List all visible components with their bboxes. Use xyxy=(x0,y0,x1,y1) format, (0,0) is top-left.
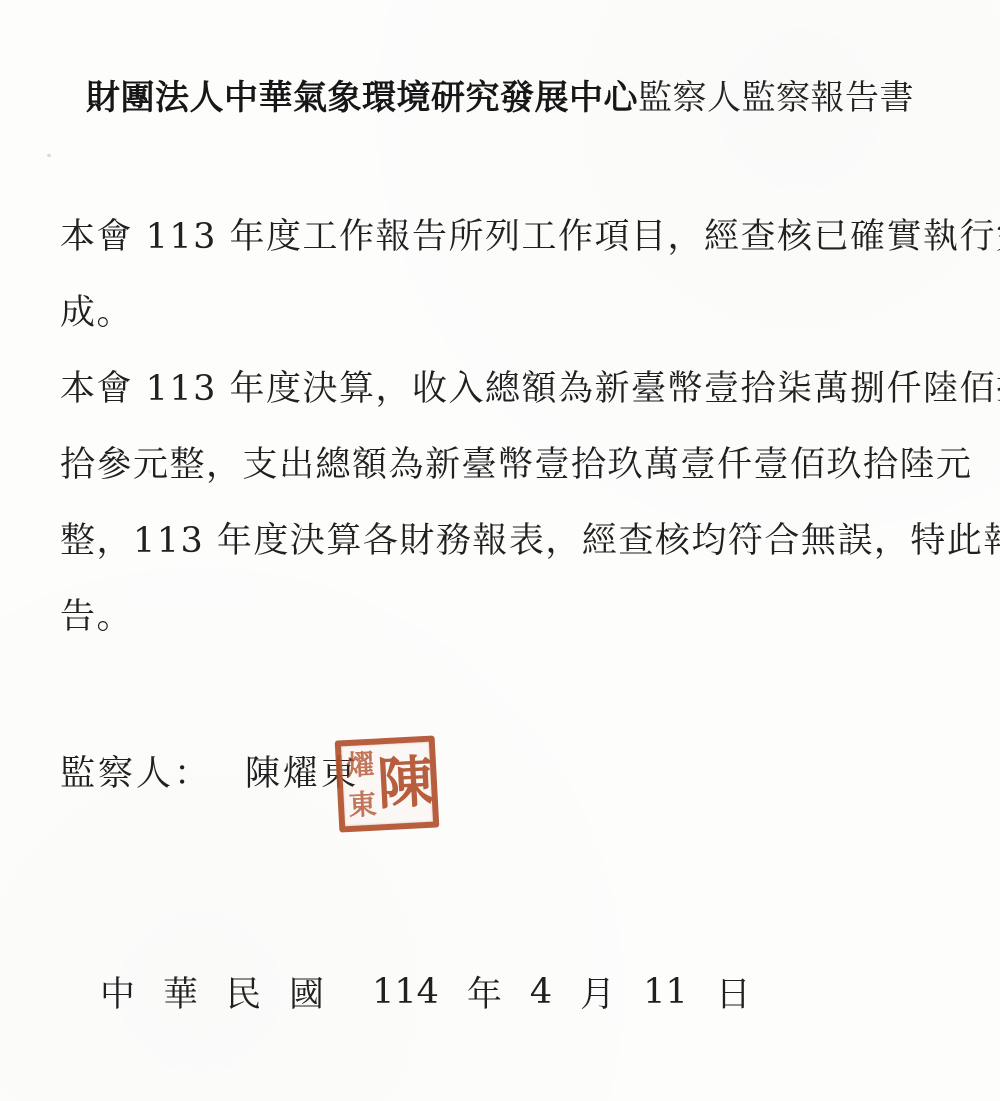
seal-char-right: 陳 xyxy=(376,754,435,813)
seal-char-left-top: 燿 xyxy=(346,751,375,780)
scan-speck xyxy=(148,470,151,473)
date-year-label: 年 xyxy=(467,967,502,1017)
supervisor-label: 監察人： xyxy=(60,746,212,796)
seal-right-column: 陳 xyxy=(378,742,433,825)
date-day-number: 11 xyxy=(643,972,688,1012)
date-token-guo: 國 xyxy=(289,967,324,1017)
signature-seal: 燿 東 陳 xyxy=(335,735,440,832)
body-line-5: 整，113 年度決算各財務報表，經查核均符合無誤，特此報 xyxy=(60,500,945,576)
date-year-number: 114 xyxy=(372,972,439,1012)
date-token-zhong: 中 xyxy=(100,967,135,1017)
signature-row: 監察人： 陳燿東 xyxy=(60,748,359,794)
body-line-4: 拾參元整，支出總額為新臺幣壹拾玖萬壹仟壹佰玖拾陸元 xyxy=(60,424,945,500)
organization-name: 財團法人中華氣象環境研究發展中心 xyxy=(86,78,638,118)
date-month-label: 月 xyxy=(580,967,615,1017)
report-body: 本會 113 年度工作報告所列工作項目，經查核已確實執行完 成。 本會 113 … xyxy=(60,196,945,652)
scan-speck xyxy=(47,154,51,157)
report-title-suffix: 監察人監察報告書 xyxy=(638,78,914,118)
body-line-1: 本會 113 年度工作報告所列工作項目，經查核已確實執行完 xyxy=(60,196,945,272)
seal-char-left-bottom: 東 xyxy=(348,791,377,820)
body-line-6: 告。 xyxy=(60,576,945,652)
date-token-hua: 華 xyxy=(163,967,198,1017)
seal-left-column: 燿 東 xyxy=(341,744,382,826)
body-line-3: 本會 113 年度決算，收入總額為新臺幣壹拾柒萬捌仟陸佰捌 xyxy=(60,348,945,424)
date-day-label: 日 xyxy=(716,967,751,1017)
date-row: 中 華 民 國 114 年 4 月 11 日 xyxy=(100,969,751,1015)
date-token-min: 民 xyxy=(226,967,261,1017)
report-title: 財團法人中華氣象環境研究發展中心監察人監察報告書 xyxy=(0,70,1000,119)
body-line-2: 成。 xyxy=(60,272,945,348)
report-page: 財團法人中華氣象環境研究發展中心監察人監察報告書 本會 113 年度工作報告所列… xyxy=(0,0,1000,1101)
date-month-number: 4 xyxy=(530,972,552,1012)
